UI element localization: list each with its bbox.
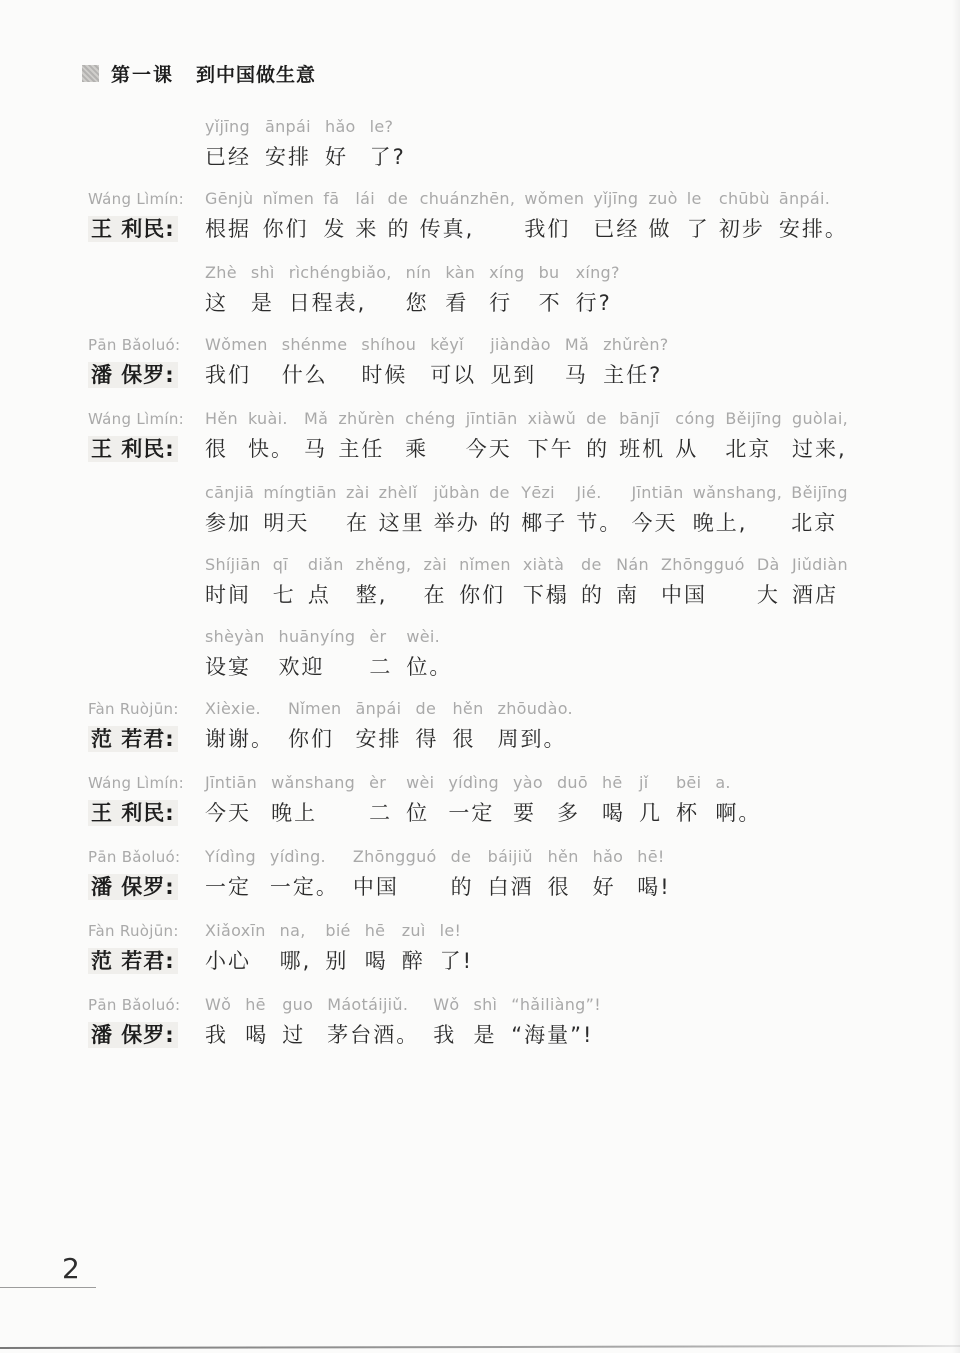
word-unit: le!了! xyxy=(440,918,473,978)
speaker-name-hanzi: 潘 保罗: xyxy=(88,1022,178,1048)
pinyin-word: Běijīng xyxy=(725,406,782,432)
hanzi-word: 大 xyxy=(757,578,780,612)
word-unit: wèi.位。 xyxy=(406,624,452,684)
hanzi-word: 一定。 xyxy=(270,870,339,904)
word-unit: ānpái安排 xyxy=(355,696,401,756)
hanzi-word: 的 xyxy=(451,870,474,904)
hanzi-word: 好 xyxy=(325,140,356,174)
hanzi-word: 喝 xyxy=(602,796,625,830)
word-unit: diǎn点 xyxy=(308,552,344,612)
sentence-words: cānjiā参加míngtiān明天zài在zhèlǐ这里jǔbàn举办de的Y… xyxy=(205,480,848,540)
pinyin-word: Shíjiān xyxy=(205,552,261,578)
word-unit: wǎnshang晚上 xyxy=(271,770,355,830)
pinyin-word: ānpái xyxy=(265,114,311,140)
pinyin-word: wǎnshang xyxy=(271,770,355,796)
pinyin-word: hē xyxy=(365,918,388,944)
pinyin-word: báijiǔ xyxy=(488,844,534,870)
pinyin-word: Wǒmen xyxy=(205,332,268,358)
hanzi-word: 茅台酒。 xyxy=(327,1018,419,1052)
hanzi-word: 过来, xyxy=(792,432,848,466)
speaker-name-pinyin: Pān Bǎoluó: xyxy=(88,332,205,358)
word-unit: de的 xyxy=(388,186,411,246)
hanzi-word: 中国 xyxy=(661,578,745,612)
pinyin-word: zhǔrèn? xyxy=(603,332,668,358)
pinyin-word: duō xyxy=(557,770,588,796)
dialogue-line: shèyàn设宴huānyíng欢迎èr二wèi.位。 xyxy=(88,624,848,684)
word-unit: Jīntiān今天 xyxy=(632,480,684,540)
pinyin-word: hǎo xyxy=(593,844,624,870)
pinyin-word: Máotáijiǔ. xyxy=(327,992,419,1018)
word-unit: yǐjīng已经 xyxy=(205,114,251,174)
word-unit: xiàwǔ下午 xyxy=(528,406,576,466)
speaker-column xyxy=(88,624,205,684)
word-unit: hěn很 xyxy=(548,844,579,904)
pinyin-word: jiàndào xyxy=(490,332,551,358)
pinyin-word: le! xyxy=(440,918,473,944)
pinyin-word: Zhōngguó xyxy=(661,552,745,578)
pinyin-word: zhǔrèn xyxy=(338,406,395,432)
hanzi-word: 晚上 xyxy=(271,796,355,830)
sentence-words: Shíjiān时间qī七diǎn点zhěng,整,zài在nǐmen你们xiàt… xyxy=(205,552,848,612)
hanzi-word: 位。 xyxy=(406,650,452,684)
word-unit: nǐmen你们 xyxy=(263,186,315,246)
hanzi-word: 做 xyxy=(648,212,677,246)
hanzi-word: 周到。 xyxy=(498,722,573,756)
word-unit: wèi位 xyxy=(406,770,434,830)
speaker-column: Wáng Lìmín:王 利民: xyxy=(88,406,205,468)
dialogue-line: Pān Bǎoluó:潘 保罗:Wǒmen我们shénme什么shíhou时候k… xyxy=(88,332,848,394)
hanzi-word: 一定 xyxy=(448,796,499,830)
speaker-name-hanzi: 潘 保罗: xyxy=(88,874,178,900)
hanzi-word: 参加 xyxy=(205,506,254,540)
speaker-name-pinyin: Pān Bǎoluó: xyxy=(88,992,205,1018)
sentence-words: Xièxie.谢谢。Nǐmen你们ānpái安排de得hěn很zhōudào.周… xyxy=(205,696,848,758)
speaker-column: Pān Bǎoluó:潘 保罗: xyxy=(88,844,205,906)
pinyin-word: Mǎ xyxy=(304,406,328,432)
hanzi-word: 多 xyxy=(557,796,588,830)
word-unit: kěyǐ可以 xyxy=(430,332,476,392)
word-unit: míngtiān明天 xyxy=(263,480,336,540)
word-unit: Jiǔdiàn酒店 xyxy=(792,552,848,612)
pinyin-word: “hǎiliàng”! xyxy=(511,992,601,1018)
pinyin-word: Xièxie. xyxy=(205,696,274,722)
pinyin-word: shì xyxy=(473,992,497,1018)
word-unit: hē喝 xyxy=(245,992,268,1052)
pinyin-word: Jīntiān xyxy=(205,770,257,796)
speaker-name-hanzi: 王 利民: xyxy=(88,216,178,242)
word-unit: bēi杯 xyxy=(676,770,701,830)
speaker-column: Fàn Ruòjūn:范 若君: xyxy=(88,918,205,980)
word-unit: zài在 xyxy=(346,480,370,540)
pinyin-word: yídìng xyxy=(448,770,499,796)
pinyin-word: kuài. xyxy=(248,406,294,432)
word-unit: bu不 xyxy=(539,260,562,320)
speaker-name-pinyin: Fàn Ruòjūn: xyxy=(88,918,205,944)
speaker-name-hanzi: 王 利民: xyxy=(88,800,178,826)
word-unit: Máotáijiǔ.茅台酒。 xyxy=(327,992,419,1052)
hanzi-word: 是 xyxy=(473,1018,497,1052)
hanzi-word: 传真, xyxy=(420,212,516,246)
hanzi-word: 下榻 xyxy=(523,578,569,612)
word-unit: Yídìng一定 xyxy=(205,844,256,904)
word-unit: chūbù初步 xyxy=(719,186,770,246)
hanzi-word: 这 xyxy=(205,286,237,320)
sentence-words: Yídìng一定yídìng.一定。Zhōngguó中国de的báijiǔ白酒h… xyxy=(205,844,848,906)
word-unit: yídìng一定 xyxy=(448,770,499,830)
pinyin-word: wèi xyxy=(406,770,434,796)
word-unit: zhèlǐ这里 xyxy=(379,480,425,540)
word-unit: “hǎiliàng”!“海量”! xyxy=(511,992,601,1052)
word-unit: fā发 xyxy=(323,186,346,246)
hanzi-word: 一定 xyxy=(205,870,256,904)
hanzi-word: 在 xyxy=(423,578,447,612)
hanzi-word: 喝! xyxy=(637,870,670,904)
speaker-column: Pān Bǎoluó:潘 保罗: xyxy=(88,332,205,394)
word-unit: shì是 xyxy=(473,992,497,1052)
word-unit: Zhōngguó中国 xyxy=(661,552,745,612)
sentence-words: Jīntiān今天wǎnshang晚上èr二wèi位yídìng一定yào要du… xyxy=(205,770,848,832)
pinyin-word: Hěn xyxy=(205,406,238,432)
hanzi-word: 你们 xyxy=(459,578,511,612)
word-unit: hē!喝! xyxy=(637,844,670,904)
pinyin-word: yǐjīng xyxy=(205,114,251,140)
word-unit: duō多 xyxy=(557,770,588,830)
word-unit: Mǎ马 xyxy=(565,332,589,392)
pinyin-word: hǎo xyxy=(325,114,356,140)
pinyin-word: jīntiān xyxy=(466,406,518,432)
hanzi-word: 谢谢。 xyxy=(205,722,274,756)
hanzi-word: “海量”! xyxy=(511,1018,601,1052)
word-unit: chéng乘 xyxy=(405,406,456,466)
pinyin-word: míngtiān xyxy=(263,480,336,506)
word-unit: na,哪, xyxy=(280,918,312,978)
pinyin-word: jǐ xyxy=(639,770,662,796)
pinyin-word: le? xyxy=(370,114,406,140)
hanzi-word: 二 xyxy=(369,796,392,830)
hanzi-word: 我们 xyxy=(524,212,584,246)
sentence-words: Zhè这shì是rìchéngbiǎo,日程表,nín您kàn看xíng行bu不… xyxy=(205,260,848,320)
word-unit: kàn看 xyxy=(445,260,475,320)
speaker-column: Wáng Lìmín:王 利民: xyxy=(88,770,205,832)
dialogue-line: Wáng Lìmín:王 利民:Hěn很kuài.快。Mǎ马zhǔrèn主任ch… xyxy=(88,406,848,468)
hanzi-word: 很 xyxy=(548,870,579,904)
hanzi-word: 醉 xyxy=(402,944,426,978)
pinyin-word: Mǎ xyxy=(565,332,589,358)
pinyin-word: kěyǐ xyxy=(430,332,476,358)
pinyin-word: jǔbàn xyxy=(434,480,480,506)
hanzi-word: 来 xyxy=(355,212,378,246)
pinyin-word: yídìng. xyxy=(270,844,339,870)
pinyin-word: hē xyxy=(245,992,268,1018)
dialogue-line: Shíjiān时间qī七diǎn点zhěng,整,zài在nǐmen你们xiàt… xyxy=(88,552,848,612)
pinyin-word: èr xyxy=(369,624,392,650)
speaker-name-pinyin: Fàn Ruòjūn: xyxy=(88,696,205,722)
word-unit: zhǔrèn?主任? xyxy=(603,332,668,392)
speaker-name-row: 王 利民: xyxy=(88,432,205,468)
hanzi-word: 您 xyxy=(406,286,432,320)
pinyin-word: yǐjīng xyxy=(593,186,639,212)
hanzi-word: 见到 xyxy=(490,358,551,392)
hanzi-word: 七 xyxy=(273,578,296,612)
hanzi-word: 哪, xyxy=(280,944,312,978)
pinyin-word: Wǒ xyxy=(205,992,231,1018)
hanzi-word: 初步 xyxy=(719,212,770,246)
hanzi-word: 安排。 xyxy=(779,212,848,246)
scan-edge-line xyxy=(0,1345,960,1349)
word-unit: Nǐmen你们 xyxy=(288,696,341,756)
word-unit: Jīntiān今天 xyxy=(205,770,257,830)
pinyin-word: shíhou xyxy=(361,332,416,358)
hanzi-word: 了 xyxy=(687,212,710,246)
word-unit: nín您 xyxy=(406,260,432,320)
pinyin-word: cóng xyxy=(675,406,715,432)
hanzi-word: 喝 xyxy=(245,1018,268,1052)
dialogue-line: Wáng Lìmín:王 利民:Gēnjù根据nǐmen你们fā发lái来de的… xyxy=(88,186,848,248)
hanzi-word: 节。 xyxy=(576,506,622,540)
pinyin-word: a. xyxy=(715,770,761,796)
word-unit: zuì醉 xyxy=(402,918,426,978)
word-unit: Zhè这 xyxy=(205,260,237,320)
word-unit: guo过 xyxy=(282,992,313,1052)
dialogue: yǐjīng已经ānpái安排hǎo好le?了?Wáng Lìmín:王 利民:… xyxy=(88,114,848,1066)
pinyin-word: wǎnshang, xyxy=(693,480,782,506)
word-unit: ānpái安排 xyxy=(265,114,311,174)
pinyin-word: hē xyxy=(602,770,625,796)
hanzi-word: 设宴 xyxy=(205,650,265,684)
pinyin-word: de xyxy=(586,406,609,432)
pinyin-word: xiàwǔ xyxy=(528,406,576,432)
hanzi-word: 已经 xyxy=(205,140,251,174)
hanzi-word: 位 xyxy=(406,796,434,830)
word-unit: Jié.节。 xyxy=(576,480,622,540)
pinyin-word: Zhè xyxy=(205,260,237,286)
pinyin-word: Dà xyxy=(757,552,780,578)
word-unit: Běijīng北京 xyxy=(791,480,848,540)
pinyin-word: zhèlǐ xyxy=(379,480,425,506)
hanzi-word: 欢迎 xyxy=(279,650,356,684)
hanzi-word: 过 xyxy=(282,1018,313,1052)
hanzi-word: 主任 xyxy=(338,432,395,466)
word-unit: xíng?行? xyxy=(576,260,620,320)
hanzi-word: 日程表, xyxy=(289,286,392,320)
pinyin-word: shénme xyxy=(282,332,348,358)
hanzi-word: 在 xyxy=(346,506,370,540)
word-unit: èr二 xyxy=(369,624,392,684)
word-unit: jīntiān今天 xyxy=(466,406,518,466)
pinyin-word: de xyxy=(581,552,604,578)
speaker-column xyxy=(88,114,205,174)
pinyin-word: hěn xyxy=(452,696,483,722)
word-unit: Hěn很 xyxy=(205,406,238,466)
pinyin-word: Xiǎoxīn xyxy=(205,918,266,944)
hanzi-word: 这里 xyxy=(379,506,425,540)
word-unit: jǐ几 xyxy=(639,770,662,830)
word-unit: Xièxie.谢谢。 xyxy=(205,696,274,756)
hanzi-word: 椰子 xyxy=(521,506,567,540)
pinyin-word: zuì xyxy=(402,918,426,944)
word-unit: guòlai,过来, xyxy=(792,406,848,466)
hanzi-word: 点 xyxy=(308,578,344,612)
sentence-words: yǐjīng已经ānpái安排hǎo好le?了? xyxy=(205,114,848,174)
hanzi-word: 行? xyxy=(576,286,620,320)
hanzi-word: 的 xyxy=(489,506,512,540)
pinyin-word: zài xyxy=(423,552,447,578)
word-unit: jǔbàn举办 xyxy=(434,480,480,540)
hanzi-word: 已经 xyxy=(593,212,639,246)
speaker-name-hanzi: 王 利民: xyxy=(88,436,178,462)
pinyin-word: fā xyxy=(323,186,346,212)
dialogue-line: Pān Bǎoluó:潘 保罗:Wǒ我hē喝guo过Máotáijiǔ.茅台酒。… xyxy=(88,992,848,1054)
word-unit: jiàndào见到 xyxy=(490,332,551,392)
pinyin-word: bu xyxy=(539,260,562,286)
pinyin-word: ānpái xyxy=(355,696,401,722)
pinyin-word: bié xyxy=(325,918,350,944)
hanzi-word: 中国 xyxy=(353,870,437,904)
hanzi-word: 今天 xyxy=(632,506,684,540)
word-unit: de的 xyxy=(451,844,474,904)
word-unit: zhěng,整, xyxy=(356,552,412,612)
hanzi-word: 可以 xyxy=(430,358,476,392)
hanzi-word: 安排 xyxy=(265,140,311,174)
word-unit: shèyàn设宴 xyxy=(205,624,265,684)
pinyin-word: kàn xyxy=(445,260,475,286)
page-header: 第一课 到中国做生意 xyxy=(82,60,316,87)
hanzi-word: 什么 xyxy=(282,358,348,392)
speaker-name-hanzi: 范 若君: xyxy=(88,948,178,974)
sentence-words: Wǒ我hē喝guo过Máotáijiǔ.茅台酒。Wǒ我shì是“hǎiliàng… xyxy=(205,992,848,1054)
word-unit: huānyíng欢迎 xyxy=(279,624,356,684)
pinyin-word: guòlai, xyxy=(792,406,848,432)
dialogue-line: yǐjīng已经ānpái安排hǎo好le?了? xyxy=(88,114,848,174)
pinyin-word: Gēnjù xyxy=(205,186,253,212)
word-unit: zuò做 xyxy=(648,186,677,246)
word-unit: bié别 xyxy=(325,918,350,978)
hanzi-word: 乘 xyxy=(405,432,456,466)
dialogue-line: Fàn Ruòjūn:范 若君:Xièxie.谢谢。Nǐmen你们ānpái安排… xyxy=(88,696,848,758)
pinyin-word: Yídìng xyxy=(205,844,256,870)
word-unit: Dà大 xyxy=(757,552,780,612)
pinyin-word: wèi. xyxy=(406,624,452,650)
sentence-words: shèyàn设宴huānyíng欢迎èr二wèi.位。 xyxy=(205,624,848,684)
hanzi-word: 下午 xyxy=(528,432,576,466)
pinyin-word: zhěng, xyxy=(356,552,412,578)
dialogue-line: Pān Bǎoluó:潘 保罗:Yídìng一定yídìng.一定。Zhōngg… xyxy=(88,844,848,906)
word-unit: le?了? xyxy=(370,114,406,174)
word-unit: de的 xyxy=(489,480,512,540)
pinyin-word: wǒmen xyxy=(524,186,584,212)
word-unit: èr二 xyxy=(369,770,392,830)
hanzi-word: 时候 xyxy=(361,358,416,392)
pinyin-word: Jiǔdiàn xyxy=(792,552,848,578)
sentence-words: Hěn很kuài.快。Mǎ马zhǔrèn主任chéng乘jīntiān今天xià… xyxy=(205,406,848,468)
hanzi-word: 南 xyxy=(616,578,649,612)
sentence-words: Gēnjù根据nǐmen你们fā发lái来de的chuánzhēn,传真,wǒm… xyxy=(205,186,848,248)
sentence-words: Wǒmen我们shénme什么shíhou时候kěyǐ可以jiàndào见到Mǎ… xyxy=(205,332,848,394)
pinyin-word: xiàtà xyxy=(523,552,569,578)
word-unit: nǐmen你们 xyxy=(459,552,511,612)
pinyin-word: yào xyxy=(513,770,543,796)
word-unit: Mǎ马 xyxy=(304,406,328,466)
pinyin-word: de xyxy=(489,480,512,506)
hanzi-word: 根据 xyxy=(205,212,253,246)
word-unit: de的 xyxy=(581,552,604,612)
pinyin-word: nín xyxy=(406,260,432,286)
word-unit: cóng从 xyxy=(675,406,715,466)
speaker-column: Pān Bǎoluó:潘 保罗: xyxy=(88,992,205,1054)
hanzi-word: 时间 xyxy=(205,578,261,612)
word-unit: de的 xyxy=(586,406,609,466)
speaker-name-row: 潘 保罗: xyxy=(88,358,205,394)
hanzi-word: 我们 xyxy=(205,358,268,392)
speaker-name-hanzi: 范 若君: xyxy=(88,726,178,752)
word-unit: Zhōngguó中国 xyxy=(353,844,437,904)
word-unit: hē喝 xyxy=(602,770,625,830)
word-unit: ānpái.安排。 xyxy=(779,186,848,246)
speaker-name-row: 范 若君: xyxy=(88,722,205,758)
pinyin-word: xíng xyxy=(489,260,524,286)
pinyin-word: nǐmen xyxy=(263,186,315,212)
pinyin-word: chéng xyxy=(405,406,456,432)
word-unit: chuánzhēn,传真, xyxy=(420,186,516,246)
word-unit: Shíjiān时间 xyxy=(205,552,261,612)
hanzi-word: 几 xyxy=(639,796,662,830)
pinyin-word: huānyíng xyxy=(279,624,356,650)
hanzi-word: 很 xyxy=(205,432,238,466)
pinyin-word: zhōudào. xyxy=(498,696,573,722)
pinyin-word: Nǐmen xyxy=(288,696,341,722)
word-unit: Wǒmen我们 xyxy=(205,332,268,392)
lesson-square-icon xyxy=(82,65,99,82)
speaker-name-hanzi: 潘 保罗: xyxy=(88,362,178,388)
hanzi-word: 我 xyxy=(433,1018,459,1052)
hanzi-word: 整, xyxy=(356,578,412,612)
speaker-name-row: 潘 保罗: xyxy=(88,870,205,906)
hanzi-word: 白酒 xyxy=(488,870,534,904)
pinyin-word: zài xyxy=(346,480,370,506)
hanzi-word: 北京 xyxy=(791,506,848,540)
sentence-words: Xiǎoxīn小心na,哪,bié别hē喝zuì醉le!了! xyxy=(205,918,848,980)
pinyin-word: Běijīng xyxy=(791,480,848,506)
word-unit: hǎo好 xyxy=(325,114,356,174)
hanzi-word: 从 xyxy=(675,432,715,466)
word-unit: a.啊。 xyxy=(715,770,761,830)
hanzi-word: 今天 xyxy=(205,796,257,830)
hanzi-word: 很 xyxy=(452,722,483,756)
pinyin-word: le xyxy=(687,186,710,212)
hanzi-word: 的 xyxy=(581,578,604,612)
word-unit: wǎnshang,晚上, xyxy=(693,480,782,540)
pinyin-word: qī xyxy=(273,552,296,578)
pinyin-word: shèyàn xyxy=(205,624,265,650)
pinyin-word: de xyxy=(388,186,411,212)
hanzi-word: 安排 xyxy=(355,722,401,756)
word-unit: Wǒ我 xyxy=(205,992,231,1052)
pinyin-word: de xyxy=(451,844,474,870)
pinyin-word: de xyxy=(415,696,438,722)
pinyin-word: Jié. xyxy=(576,480,622,506)
word-unit: báijiǔ白酒 xyxy=(488,844,534,904)
word-unit: cānjiā参加 xyxy=(205,480,254,540)
pinyin-word: hěn xyxy=(548,844,579,870)
word-unit: de得 xyxy=(415,696,438,756)
word-unit: le了 xyxy=(687,186,710,246)
pinyin-word: zuò xyxy=(648,186,677,212)
hanzi-word: 了? xyxy=(370,140,406,174)
hanzi-word: 要 xyxy=(513,796,543,830)
word-unit: qī七 xyxy=(273,552,296,612)
word-unit: yǐjīng已经 xyxy=(593,186,639,246)
word-unit: kuài.快。 xyxy=(248,406,294,466)
